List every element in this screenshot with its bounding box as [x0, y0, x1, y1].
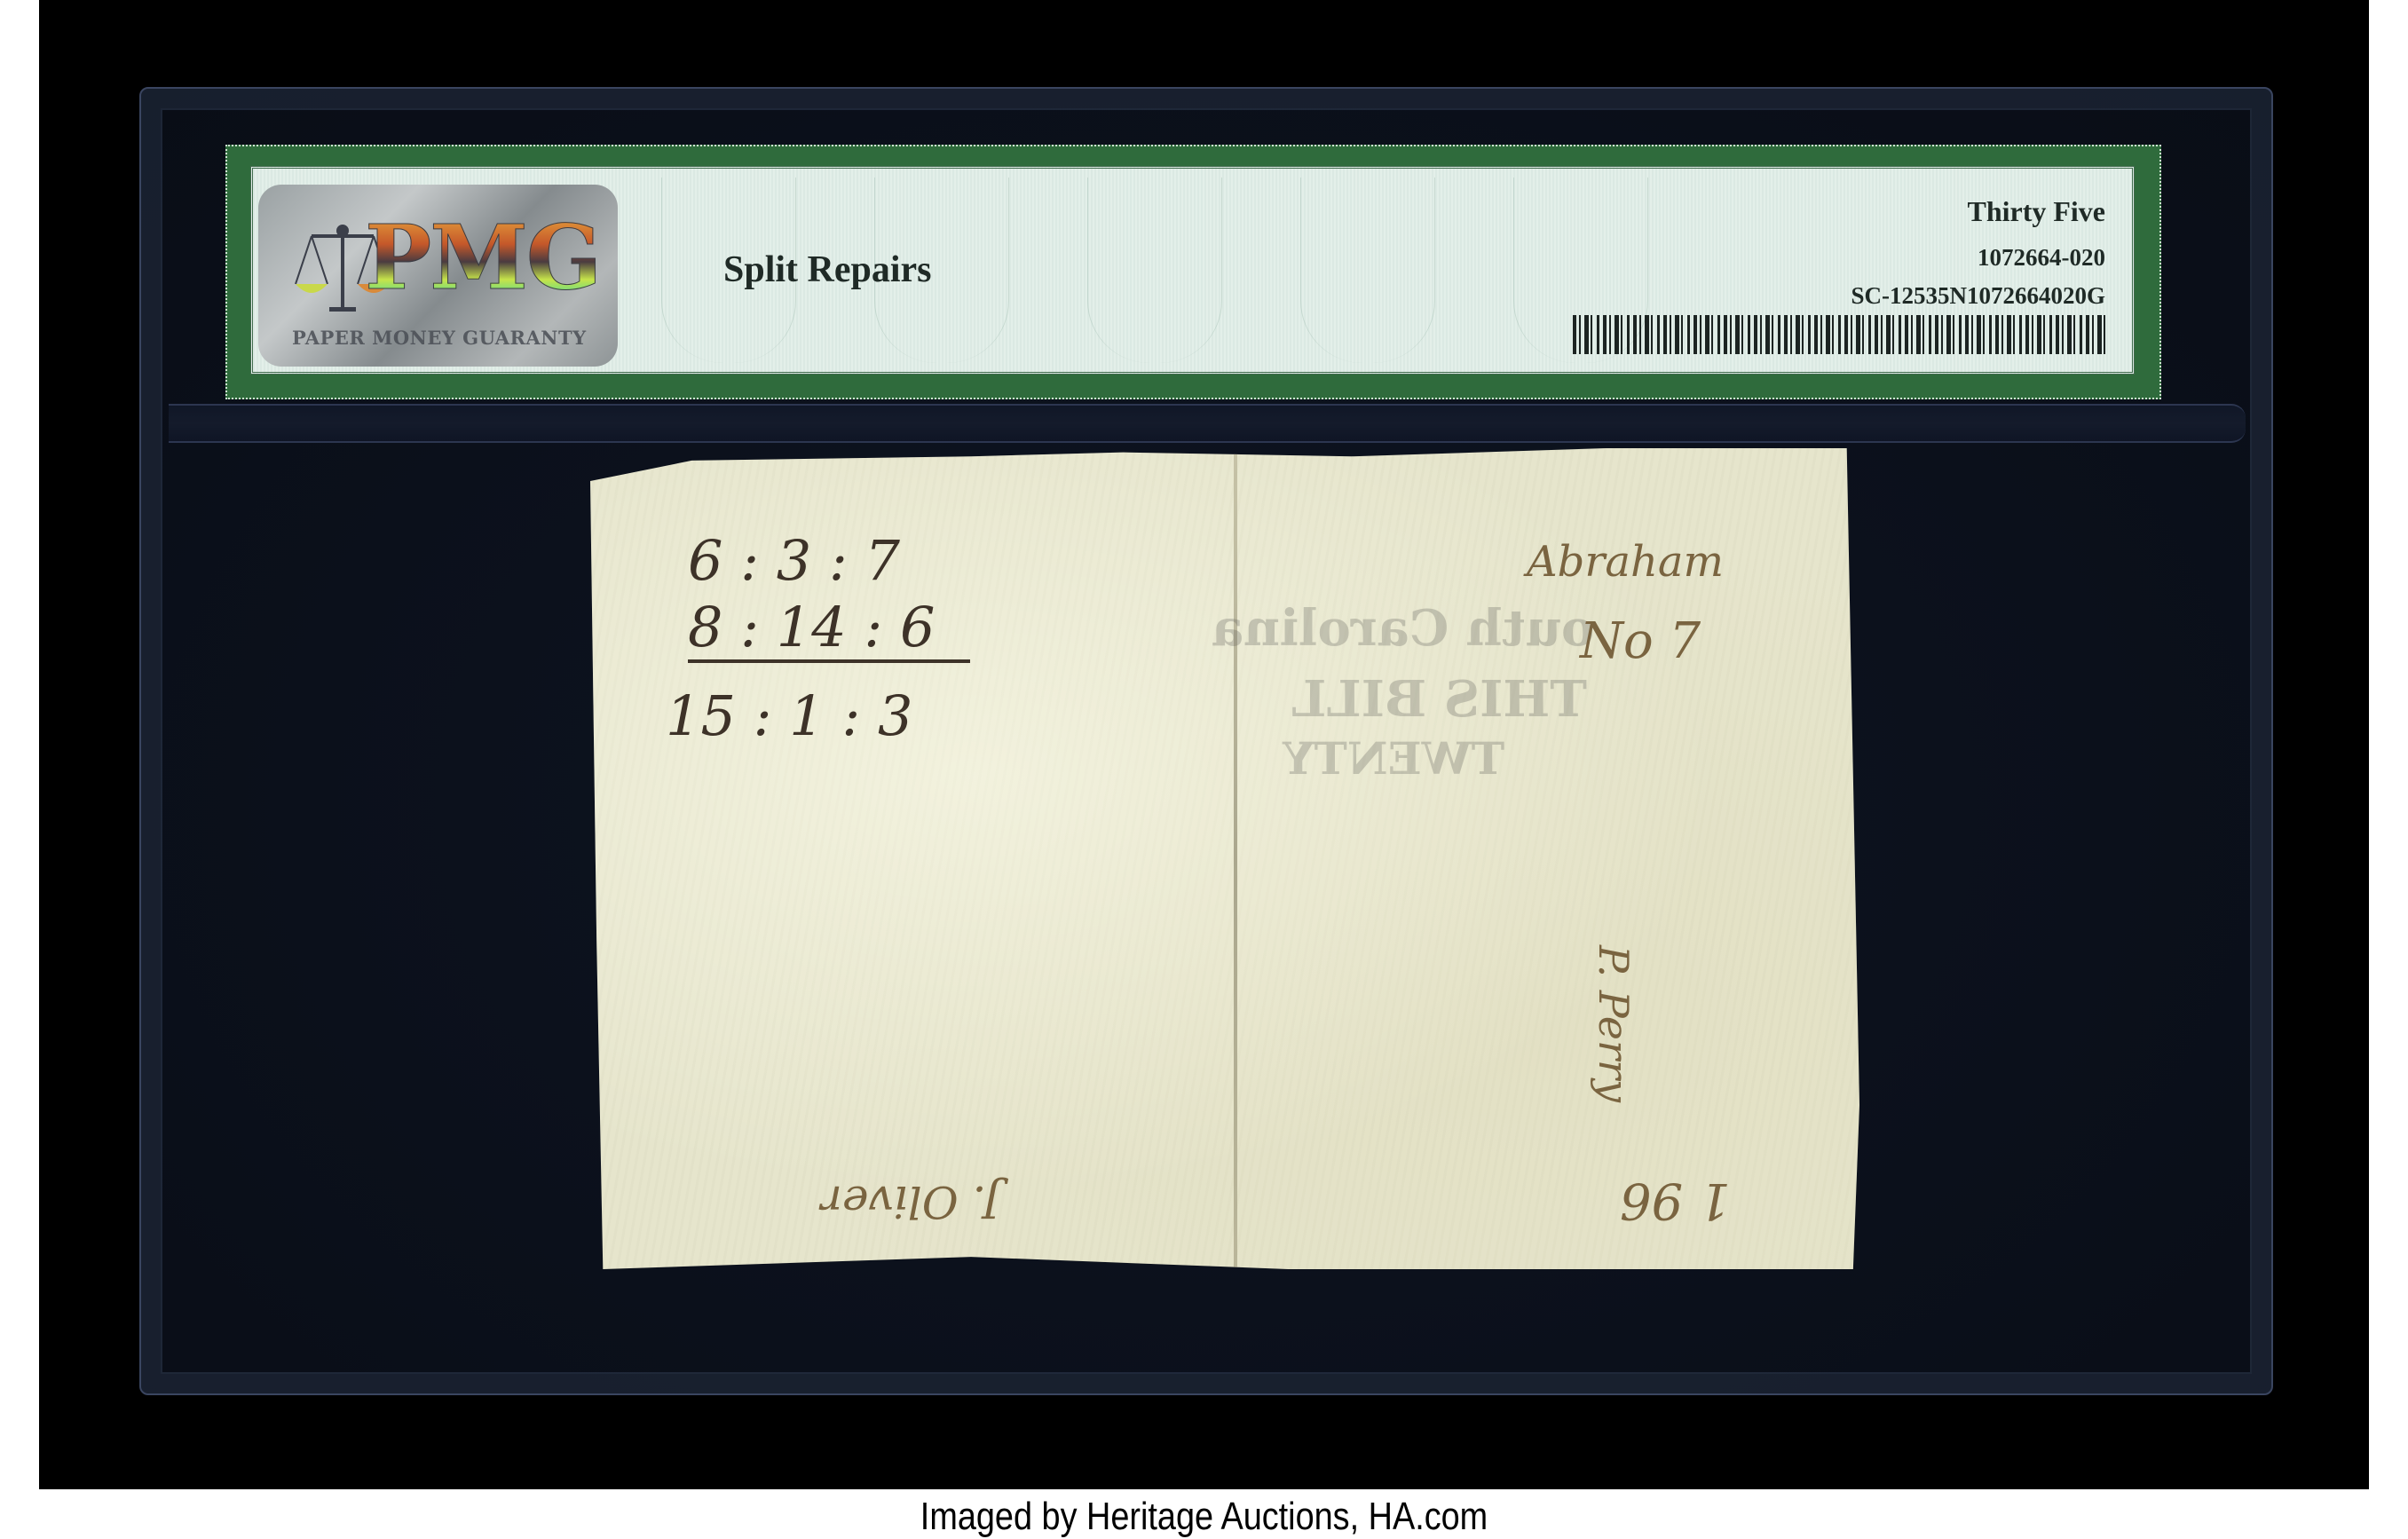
catalog-code: SC-12535N1072664020G — [1851, 282, 2105, 310]
show-through-text: outh Carolina — [1212, 599, 1594, 658]
label-panel: PMG PAPER MONEY GUARANTY Split Repairs T… — [250, 166, 2135, 375]
show-through-text: TWENTY — [1283, 732, 1504, 785]
image-credit-caption: Imaged by Heritage Auctions, HA.com — [169, 1495, 2239, 1539]
cert-number: 1072664-020 — [1978, 244, 2105, 272]
handwritten-total: 15 : 1 : 3 — [666, 683, 912, 748]
note-split-repair — [1234, 448, 1237, 1269]
handwritten-number: 1 96 — [1620, 1172, 1731, 1229]
grading-label: PMG PAPER MONEY GUARANTY Split Repairs T… — [225, 145, 2161, 399]
handwritten-signature: P. Perry — [1590, 945, 1638, 1102]
pmg-logo: PMG — [365, 213, 600, 302]
watermark-scale-icon — [1087, 178, 1222, 363]
handwritten-signature: Abraham — [1527, 537, 1724, 587]
label-comment: Split Repairs — [723, 249, 932, 291]
grade-text: Thirty Five — [1967, 195, 2105, 228]
watermark-scale-icon — [1300, 178, 1435, 363]
show-through-text: THIS BILL — [1291, 670, 1587, 729]
handwritten-number: No 7 — [1580, 612, 1701, 670]
handwritten-signature: J. Oliver — [821, 1176, 1001, 1227]
handwritten-figure: 8 : 14 : 6 — [688, 595, 970, 663]
banknote-back: outh Carolina THIS BILL TWENTY 6 : 3 : 7… — [590, 448, 1859, 1269]
handwritten-figure: 6 : 3 : 7 — [688, 528, 900, 593]
holder-seal-ridge — [169, 404, 2246, 443]
barcode — [1573, 315, 2105, 354]
pmg-subtitle: PAPER MONEY GUARANTY — [292, 327, 587, 349]
pmg-hologram: PMG PAPER MONEY GUARANTY — [258, 185, 618, 367]
